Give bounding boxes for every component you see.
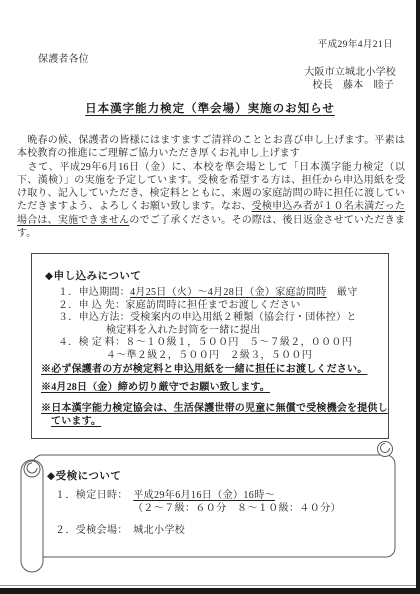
application-box: ◆申し込みについて １．申込期間：4月25日（火）～4月28日（金）家庭訪問時 … [31,253,389,439]
addressee: 保護者各位 [38,50,89,65]
exam-item-duration: （２～７級：６０分 ８～１０級：４０分） [133,499,341,514]
document-page: 平成29年4月21日 保護者各位 大阪市立城北小学校 校長 藤本 睦子 日本漢字… [0,0,420,594]
exam-box-heading: ◆受検について [47,468,121,483]
scan-edge-bottom [0,588,420,594]
scan-shadow-line [0,585,420,586]
note-guardian: ※必ず保護者の方が検定料と申込用紙を一緒に担任にお渡しください。 [41,363,391,376]
application-item-method-cont: 検定料を入れた封筒を一緒に提出 [58,325,358,338]
principal-name: 校長 藤本 睦子 [312,76,394,91]
body-text: 晩春の候、保護者の皆様にはますますご清祥のこととお喜び申し上げます。平素は本校教… [17,134,405,240]
application-box-heading: ◆申し込みについて [45,268,141,283]
note-deadline: ※4月28日（金）締め切り厳守でお願い致します。 [41,381,391,394]
exam-item-venue: ２．受検会場： 城北小学校 [55,521,185,536]
document-title: 日本漢字能力検定（準会場）実施のお知らせ [0,100,420,116]
application-item-fee: ４．検 定 料：８～１０級１，５００円 ５～７級２，０００円 [58,337,358,350]
body-paragraph-2: さて、平成29年6月16日（金）に、本校を準会場として「日本漢字能力検定（以下、… [17,161,405,241]
note-welfare: ※日本漢字能力検定協会は、生活保護世帯の児童に無償で受検機会を提供しています。 [41,402,395,428]
exam-box: ◆受検について １．検定日時： 平成29年6月16日（金）16時～ （２～７級：… [18,440,398,576]
application-item-period: １．申込期間：4月25日（火）～4月28日（金）家庭訪問時 厳守 [58,287,358,300]
application-item-fee-cont: ４～準２級２，５００円 ２級３，５００円 [58,350,358,363]
scan-edge-right [416,0,420,594]
application-item-method: ３．申込方法：受検案内の申込用紙２種類（協会行・団体控）と [58,312,358,325]
application-item-destination: ２．申 込 先：家庭訪問時に担任までお渡しください [58,300,358,313]
body-paragraph-1: 晩春の候、保護者の皆様にはますますご清祥のこととお喜び申し上げます。平素は本校教… [17,134,405,161]
application-items: １．申込期間：4月25日（火）～4月28日（金）家庭訪問時 厳守 ２．申 込 先… [58,287,358,362]
document-date: 平成29年4月21日 [318,36,393,50]
